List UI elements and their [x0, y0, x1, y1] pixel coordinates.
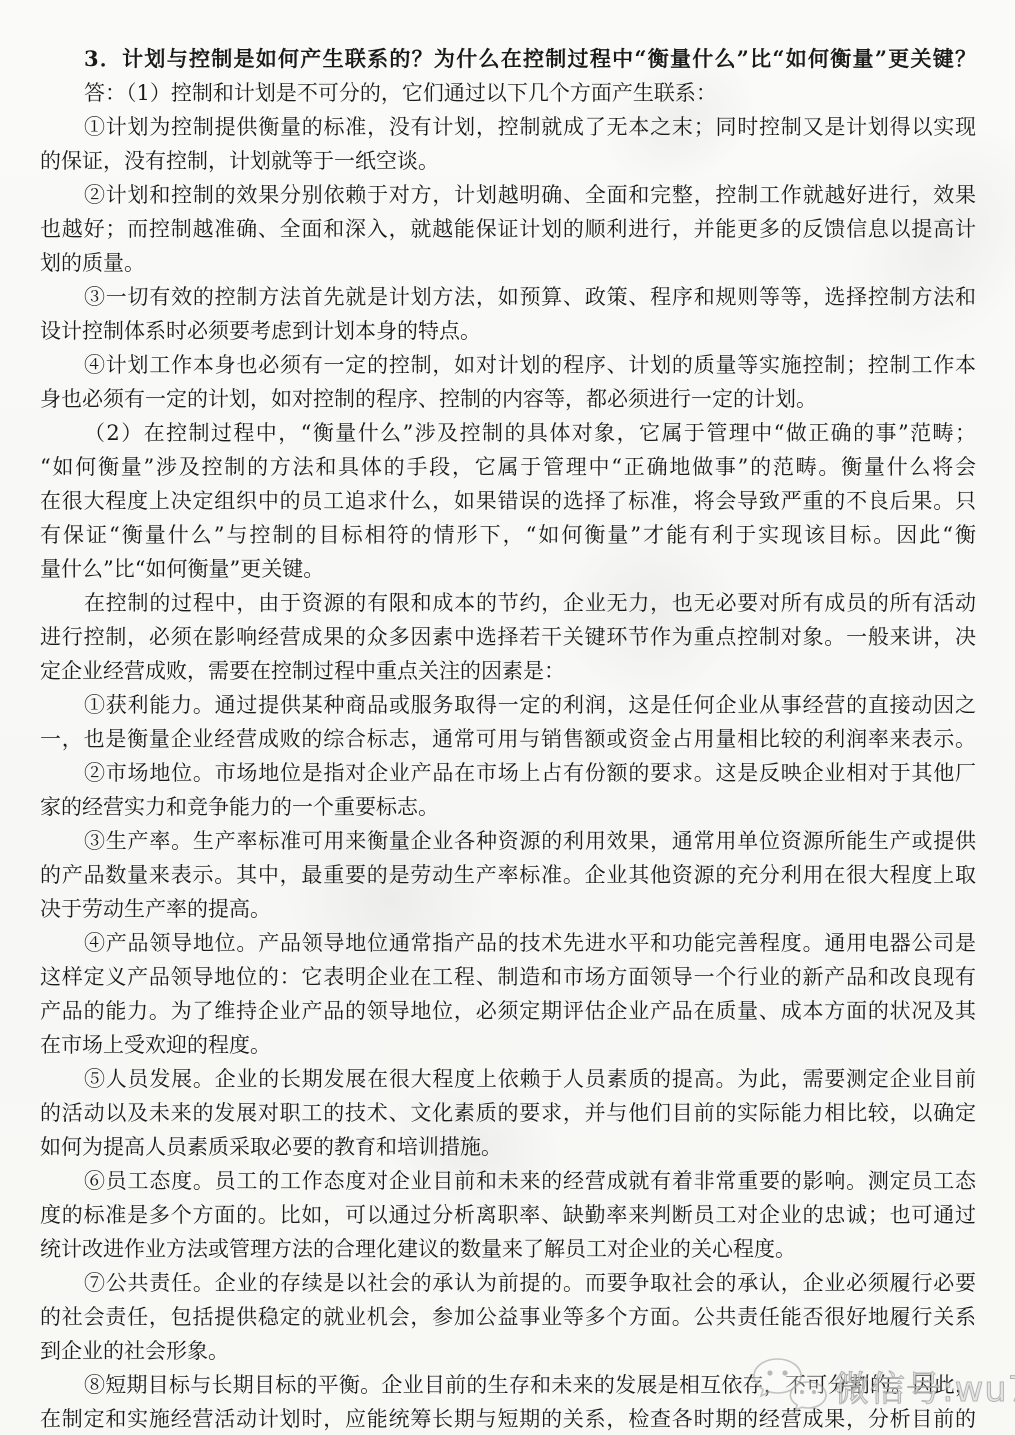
- text-line: 进行控制，必须在影响经营成果的众多因素中选择若干关键环节作为重点控制对象。一般来…: [40, 620, 976, 654]
- text-line: ⑤人员发展。企业的长期发展在很大程度上依赖于人员素质的提高。为此，需要测定企业目…: [40, 1062, 976, 1096]
- text-line: 定企业经营成败，需要在控制过程中重点关注的因素是：: [40, 654, 976, 688]
- text-line: 答：（1）控制和计划是不可分的，它们通过以下几个方面产生联系：: [40, 76, 976, 110]
- text-line: 也越好；而控制越准确、全面和深入，就越能保证计划的顺利进行，并能更多的反馈信息以…: [40, 212, 976, 246]
- text-line: 统计改进作业方法或管理方法的合理化建议的数量来了解员工对企业的关心程度。: [40, 1232, 976, 1266]
- text-line: ⑧短期目标与长期目标的平衡。企业目前的生存和未来的发展是相互依存，不可分割的。因…: [40, 1368, 976, 1402]
- text-line: 决于劳动生产率的提高。: [40, 892, 976, 926]
- text-line: 如何为提高人员素质采取必要的教育和培训措施。: [40, 1130, 976, 1164]
- text-line: （2）在控制过程中，“衡量什么”涉及控制的具体对象，它属于管理中“做正确的事”范…: [40, 416, 976, 450]
- text-line: 的社会责任，包括提供稳定的就业机会，参加公益事业等多个方面。公共责任能否很好地履…: [40, 1300, 976, 1334]
- document-page: 3．计划与控制是如何产生联系的？为什么在控制过程中“衡量什么”比“如何衡量”更关…: [40, 42, 976, 1435]
- text-line: ③生产率。生产率标准可用来衡量企业各种资源的利用效果，通常用单位资源所能生产或提…: [40, 824, 976, 858]
- text-line: 有保证“衡量什么”与控制的目标相符的情形下，“如何衡量”才能有利于实现该目标。因…: [40, 518, 976, 552]
- text-line: 在制定和实施经营活动计划时，应能统筹长期与短期的关系，检查各时期的经营成果，分析…: [40, 1402, 976, 1435]
- text-line: 在很大程度上决定组织中的员工追求什么，如果错误的选择了标准，将会导致严重的不良后…: [40, 484, 976, 518]
- text-line: ④计划工作本身也必须有一定的控制，如对计划的程序、计划的质量等实施控制；控制工作…: [40, 348, 976, 382]
- text-line: 的活动以及未来的发展对职工的技术、文化素质的要求，并与他们目前的实际能力相比较，…: [40, 1096, 976, 1130]
- text-line: 身也必须有一定的计划，如对控制的程序、控制的内容等，都必须进行一定的计划。: [40, 382, 976, 416]
- text-line: ⑥员工态度。员工的工作态度对企业目前和未来的经营成就有着非常重要的影响。测定员工…: [40, 1164, 976, 1198]
- text-line: 度的标准是多个方面的。比如，可以通过分析离职率、缺勤率来判断员工对企业的忠诚；也…: [40, 1198, 976, 1232]
- text-line: 的产品数量来表示。其中，最重要的是劳动生产率标准。企业其他资源的充分利用在很大程…: [40, 858, 976, 892]
- text-line: ③一切有效的控制方法首先就是计划方法，如预算、政策、程序和规则等等，选择控制方法…: [40, 280, 976, 314]
- text-line: ①获利能力。通过提供某种商品或服务取得一定的利润，这是任何企业从事经营的直接动因…: [40, 688, 976, 722]
- text-line: 的保证，没有控制，计划就等于一纸空谈。: [40, 144, 976, 178]
- text-line: ②计划和控制的效果分别依赖于对方，计划越明确、全面和完整，控制工作就越好进行，效…: [40, 178, 976, 212]
- text-line: 设计控制体系时必须要考虑到计划本身的特点。: [40, 314, 976, 348]
- text-line: 到企业的社会形象。: [40, 1334, 976, 1368]
- text-line: 家的经营实力和竞争能力的一个重要标志。: [40, 790, 976, 824]
- text-line: 在市场上受欢迎的程度。: [40, 1028, 976, 1062]
- text-line: “如何衡量”涉及控制的方法和具体的手段，它属于管理中“正确地做事”的范畴。衡量什…: [40, 450, 976, 484]
- text-line: ②市场地位。市场地位是指对企业产品在市场上占有份额的要求。这是反映企业相对于其他…: [40, 756, 976, 790]
- text-line: 在控制的过程中，由于资源的有限和成本的节约，企业无力，也无必要对所有成员的所有活…: [40, 586, 976, 620]
- text-line: ⑦公共责任。企业的存续是以社会的承认为前提的。而要争取社会的承认，企业必须履行必…: [40, 1266, 976, 1300]
- text-line: ①计划为控制提供衡量的标准，没有计划，控制就成了无本之末；同时控制又是计划得以实…: [40, 110, 976, 144]
- question-title: 3．计划与控制是如何产生联系的？为什么在控制过程中“衡量什么”比“如何衡量”更关…: [40, 42, 976, 76]
- text-line: 一，也是衡量企业经营成败的综合标志，通常可用与销售额或资金占用量相比较的利润率来…: [40, 722, 976, 756]
- text-line: 量什么”比“如何衡量”更关键。: [40, 552, 976, 586]
- text-line: 产品的能力。为了维持企业产品的领导地位，必须定期评估企业产品在质量、成本方面的状…: [40, 994, 976, 1028]
- text-line: ④产品领导地位。产品领导地位通常指产品的技术先进水平和功能完善程度。通用电器公司…: [40, 926, 976, 960]
- text-line: 这样定义产品领导地位的：它表明企业在工程、制造和市场方面领导一个行业的新产品和改…: [40, 960, 976, 994]
- text-line: 划的质量。: [40, 246, 976, 280]
